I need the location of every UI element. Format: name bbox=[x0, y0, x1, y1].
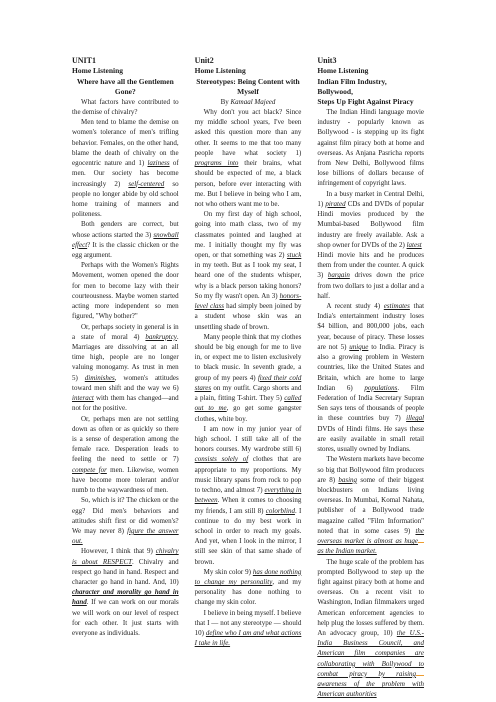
paragraph: The Western markets have become so big t… bbox=[317, 454, 424, 556]
fill-in-answer: laziness bbox=[147, 159, 169, 167]
fill-in-answer: consists solely of bbox=[195, 455, 248, 463]
text-run: On my first day of high school, going in… bbox=[195, 210, 302, 259]
fill-in-answer: unique bbox=[349, 343, 368, 351]
fill-in-answer: self-centered bbox=[128, 180, 164, 188]
article-title: Indian Film Industry, Bollywood,Steps Up… bbox=[317, 77, 424, 107]
paragraph: I believe in being myself. I believe tha… bbox=[195, 608, 302, 649]
fill-in-answer: as the Indian market. bbox=[317, 547, 377, 555]
text-run: By bbox=[221, 98, 231, 106]
section-label: Home Listening bbox=[195, 66, 302, 76]
content-area: UNIT1 Home Listening Where have all the … bbox=[72, 56, 424, 700]
section-label: Home Listening bbox=[317, 66, 424, 76]
paragraph: I am now in my junior year of high schoo… bbox=[195, 424, 302, 567]
text-run: Or, perhaps men are not settling down as… bbox=[72, 415, 179, 464]
paragraph: On my first day of high school, going in… bbox=[195, 209, 302, 332]
article-body: Why don't you act black? Since my middle… bbox=[195, 107, 302, 649]
paragraph: So, which is it? The chicken or the egg?… bbox=[72, 495, 179, 546]
text-run: A recent study 4) bbox=[326, 302, 383, 310]
fill-in-answer: bargain bbox=[328, 271, 350, 279]
paragraph: Or, perhaps society in general is in a s… bbox=[72, 322, 179, 414]
text-run: DVDs of Hindi films. He says these are e… bbox=[317, 425, 424, 453]
fill-in-answer: colorblind bbox=[266, 507, 295, 515]
paragraph: The huge scale of the problem has prompt… bbox=[317, 557, 424, 700]
byline: By Kamaal Majeed bbox=[195, 97, 302, 107]
paragraph: A recent study 4) estimates that India's… bbox=[317, 301, 424, 454]
fill-in-answer: programs into bbox=[195, 159, 239, 167]
fill-in-answer: latest bbox=[407, 241, 422, 249]
text-run: The Indian Hindi language movie industry… bbox=[317, 108, 424, 188]
paragraph: What factors have contributed to the dem… bbox=[72, 97, 179, 117]
paragraph: The Indian Hindi language movie industry… bbox=[317, 107, 424, 189]
fill-in-answer: awareness of the problem with American a… bbox=[317, 680, 424, 698]
paragraph: In a busy market in Central Delhi, 1) pi… bbox=[317, 189, 424, 301]
fill-in-answer: compete for bbox=[72, 466, 107, 474]
answer-gap-highlight bbox=[418, 536, 424, 543]
fill-in-answer: Kamaal Majeed bbox=[231, 98, 276, 106]
paragraph: Both genders are correct, but whose acti… bbox=[72, 219, 179, 260]
unit-label: Unit2 bbox=[195, 56, 302, 66]
paragraph: Or, perhaps men are not settling down as… bbox=[72, 414, 179, 496]
fill-in-answer: stuck bbox=[287, 251, 301, 259]
section-label: Home Listening bbox=[72, 66, 179, 76]
unit1-column: UNIT1 Home Listening Where have all the … bbox=[72, 56, 179, 700]
text-run: The huge scale of the problem has prompt… bbox=[317, 558, 424, 638]
article-title: Stereotypes: Being Content withMyself bbox=[195, 77, 302, 97]
unit2-column: Unit2 Home Listening Stereotypes: Being … bbox=[195, 56, 302, 700]
article-body: The Indian Hindi language movie industry… bbox=[317, 107, 424, 700]
text-run: . I continue to do my best work in schoo… bbox=[195, 507, 302, 566]
paragraph: Perhaps with the Women's Rights Movement… bbox=[72, 260, 179, 321]
fill-in-answer: interact bbox=[72, 394, 94, 402]
unit-label: UNIT1 bbox=[72, 56, 179, 66]
paragraph: Men tend to blame the demise on women's … bbox=[72, 117, 179, 219]
text-run: some of their biggest blockbusters on In… bbox=[317, 476, 424, 535]
article-body: What factors have contributed to the dem… bbox=[72, 97, 179, 639]
fill-in-answer: basing bbox=[338, 476, 357, 484]
text-run: ? It is the classic chicken or the egg a… bbox=[72, 241, 179, 259]
text-run: . If we can work on our morals we will w… bbox=[72, 598, 179, 637]
text-run: Why don't you act black? Since my middle… bbox=[195, 108, 302, 157]
fill-in-answer: diminishes bbox=[85, 374, 115, 382]
text-run: I am now in my junior year of high schoo… bbox=[195, 425, 302, 453]
paragraph: Many people think that my clothes should… bbox=[195, 332, 302, 424]
unit3-column: Unit3 Home Listening Indian Film Industr… bbox=[317, 56, 424, 700]
paragraph: However, I think that 9) chivalry is abo… bbox=[72, 546, 179, 638]
text-run: My skin color 9) bbox=[204, 568, 253, 576]
fill-in-answer: estimates bbox=[384, 302, 410, 310]
fill-in-answer: bankruptcy bbox=[145, 333, 177, 341]
fill-in-answer: pirated bbox=[325, 200, 345, 208]
text-run: What factors have contributed to the dem… bbox=[72, 98, 179, 116]
text-run: Perhaps with the Women's Rights Movement… bbox=[72, 261, 179, 320]
fill-in-answer: define who I am and what actions I take … bbox=[195, 629, 302, 647]
document-page: UNIT1 Home Listening Where have all the … bbox=[0, 0, 496, 702]
unit-label: Unit3 bbox=[317, 56, 424, 66]
fill-in-answer: illegal bbox=[406, 414, 424, 422]
fill-in-answer: populations bbox=[364, 384, 397, 392]
answer-gap-highlight bbox=[416, 669, 424, 676]
article-title: Where have all the GentlemenGone? bbox=[72, 77, 179, 97]
text-run: However, I think that 9) bbox=[81, 547, 156, 555]
paragraph: My skin color 9) has done nothing to cha… bbox=[195, 567, 302, 608]
paragraph: Why don't you act black? Since my middle… bbox=[195, 107, 302, 209]
